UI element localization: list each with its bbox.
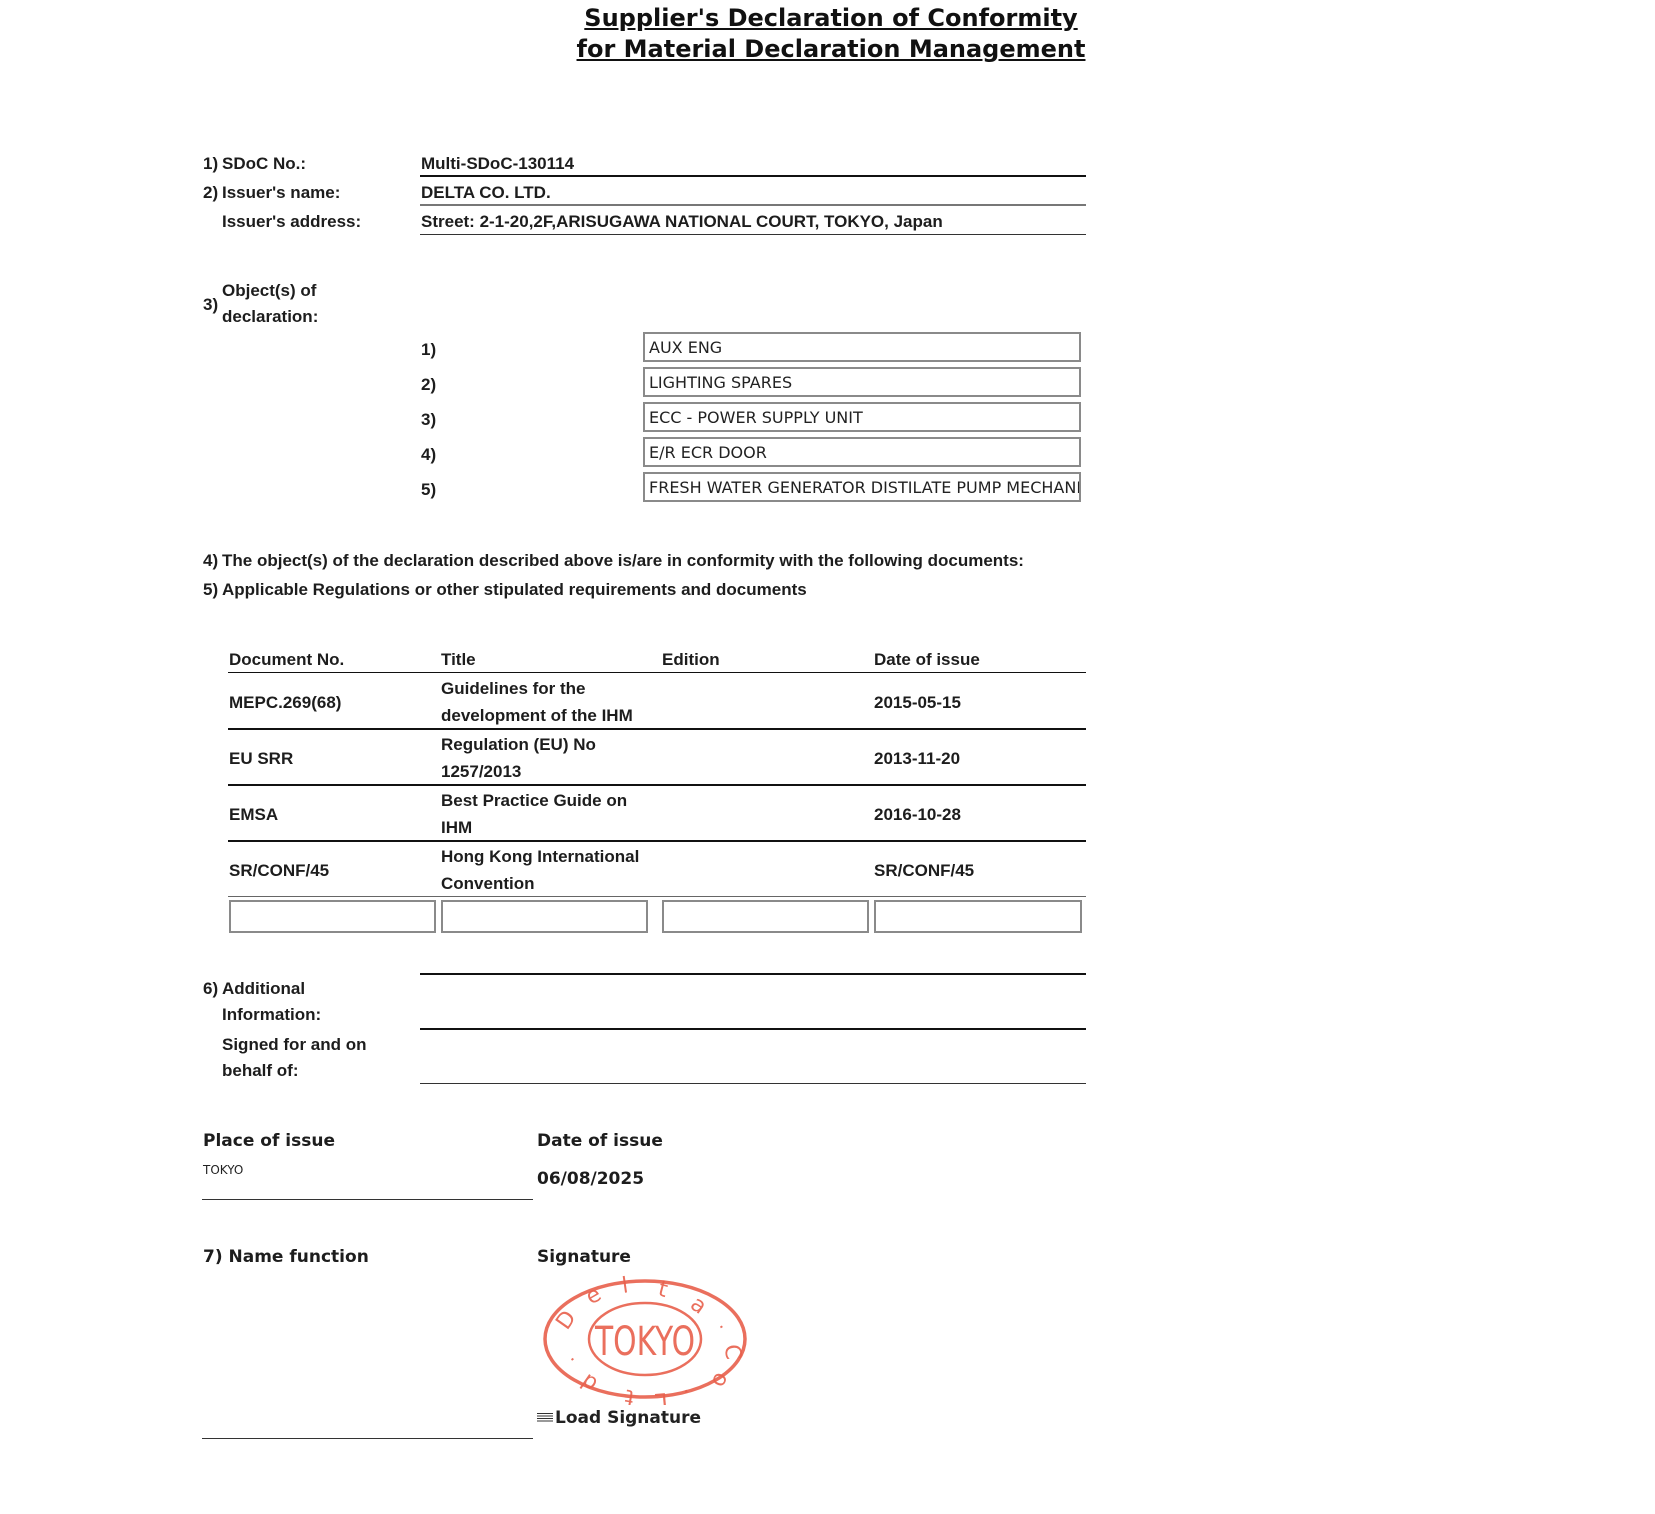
objects-label-line1: Object(s) of: [222, 281, 316, 301]
additional-info-label-line1: Additional: [222, 979, 305, 999]
svg-text:l: l: [620, 1275, 630, 1299]
sdoc-number-index: 1): [203, 154, 218, 174]
cell-document-no: MEPC.269(68): [229, 689, 341, 716]
additional-info-field[interactable]: [421, 995, 1085, 1025]
cell-title-line1: Hong Kong International: [441, 843, 639, 870]
cell-document-no: EU SRR: [229, 745, 293, 772]
object-item-index: 2): [421, 375, 436, 395]
object-item-input[interactable]: FRESH WATER GENERATOR DISTILATE PUMP MEC…: [643, 472, 1081, 502]
cell-title-line2: Convention: [441, 870, 535, 897]
issuer-address-value[interactable]: Street: 2-1-20,2F,ARISUGAWA NATIONAL COU…: [421, 212, 943, 232]
additional-info-top-line: [420, 973, 1086, 975]
signed-for-underline: [420, 1083, 1086, 1084]
object-item-index: 3): [421, 410, 436, 430]
place-of-issue-label: Place of issue: [203, 1131, 335, 1151]
issuer-address-underline: [420, 234, 1086, 235]
issuer-name-value[interactable]: DELTA CO. LTD.: [421, 183, 551, 203]
regulations-heading: Applicable Regulations or other stipulat…: [222, 580, 807, 600]
cell-title-line1: Best Practice Guide on: [441, 787, 627, 814]
objects-label-line2: declaration:: [222, 307, 318, 327]
object-item-index: 1): [421, 340, 436, 360]
conformity-statement: The object(s) of the declaration describ…: [222, 551, 1024, 571]
regulations-index: 5): [203, 580, 218, 600]
svg-text:.: .: [715, 1317, 736, 1332]
issuer-address-label: Issuer's address:: [222, 212, 361, 232]
sdoc-number-underline: [420, 175, 1086, 177]
company-seal-stamp-image: TOKYO D e l t a . C o . L t d .: [539, 1275, 751, 1405]
table-row-divider: [228, 896, 1086, 897]
name-function-label: 7) Name function: [203, 1247, 369, 1267]
additional-info-index: 6): [203, 979, 218, 999]
object-item-index: 4): [421, 445, 436, 465]
additional-info-label-line2: Information:: [222, 1005, 321, 1025]
cell-date: 2016-10-28: [874, 801, 961, 828]
svg-text:.: .: [559, 1353, 579, 1370]
column-header-document-no: Document No.: [229, 650, 344, 670]
object-item-index: 5): [421, 480, 436, 500]
issuer-name-index: 2): [203, 183, 218, 203]
name-function-underline: [202, 1438, 533, 1439]
additional-info-underline: [420, 1028, 1086, 1030]
column-header-date-of-issue: Date of issue: [874, 650, 980, 670]
table-row-divider: [228, 840, 1086, 842]
new-edition-input[interactable]: [662, 900, 869, 933]
new-date-input[interactable]: [874, 900, 1082, 933]
object-item-input[interactable]: ECC - POWER SUPPLY UNIT: [643, 402, 1081, 432]
cell-title-line2: IHM: [441, 814, 472, 841]
document-title-line2: for Material Declaration Management: [0, 34, 1655, 65]
svg-text:C: C: [719, 1343, 745, 1360]
issuer-name-label: Issuer's name:: [222, 183, 340, 203]
conformity-index: 4): [203, 551, 218, 571]
signed-for-label-line2: behalf of:: [222, 1061, 299, 1081]
sdoc-number-label: SDoC No.:: [222, 154, 306, 174]
cell-title-line1: Guidelines for the: [441, 675, 586, 702]
name-function-field[interactable]: [203, 1280, 533, 1430]
cell-document-no: SR/CONF/45: [229, 857, 329, 884]
sdoc-number-value[interactable]: Multi-SDoC-130114: [421, 154, 574, 174]
date-of-issue-label: Date of issue: [537, 1131, 663, 1151]
signature-label: Signature: [537, 1247, 631, 1267]
column-header-edition: Edition: [662, 650, 720, 670]
cell-date: 2015-05-15: [874, 689, 961, 716]
date-of-issue-value[interactable]: 06/08/2025: [537, 1169, 644, 1189]
table-header-divider: [228, 672, 1086, 673]
issuer-name-underline: [420, 204, 1086, 206]
load-signature-label: Load Signature: [555, 1408, 701, 1428]
cell-title-line2: development of the IHM: [441, 702, 633, 729]
place-of-issue-value[interactable]: TOKYO: [203, 1163, 243, 1177]
objects-index: 3): [203, 295, 218, 315]
menu-lines-icon: [537, 1413, 553, 1423]
object-item-input[interactable]: E/R ECR DOOR: [643, 437, 1081, 467]
place-of-issue-underline: [202, 1199, 533, 1200]
cell-date: 2013-11-20: [874, 745, 960, 772]
cell-title-line1: Regulation (EU) No: [441, 731, 596, 758]
new-document-no-input[interactable]: [229, 900, 436, 933]
svg-text:L: L: [654, 1387, 669, 1405]
signed-for-label-line1: Signed for and on: [222, 1035, 367, 1055]
load-signature-button[interactable]: Load Signature: [537, 1408, 701, 1428]
document-title-line1: Supplier's Declaration of Conformity: [0, 3, 1655, 34]
cell-title-line2: 1257/2013: [441, 758, 521, 785]
table-row-divider: [228, 728, 1086, 730]
new-title-input[interactable]: [441, 900, 648, 933]
column-header-title: Title: [441, 650, 476, 670]
signed-for-field[interactable]: [421, 1050, 1085, 1080]
cell-document-no: EMSA: [229, 801, 278, 828]
table-row-divider: [228, 784, 1086, 786]
object-item-input[interactable]: AUX ENG: [643, 332, 1081, 362]
stamp-center-text: TOKYO: [594, 1319, 695, 1365]
cell-date: SR/CONF/45: [874, 857, 974, 884]
object-item-input[interactable]: LIGHTING SPARES: [643, 367, 1081, 397]
